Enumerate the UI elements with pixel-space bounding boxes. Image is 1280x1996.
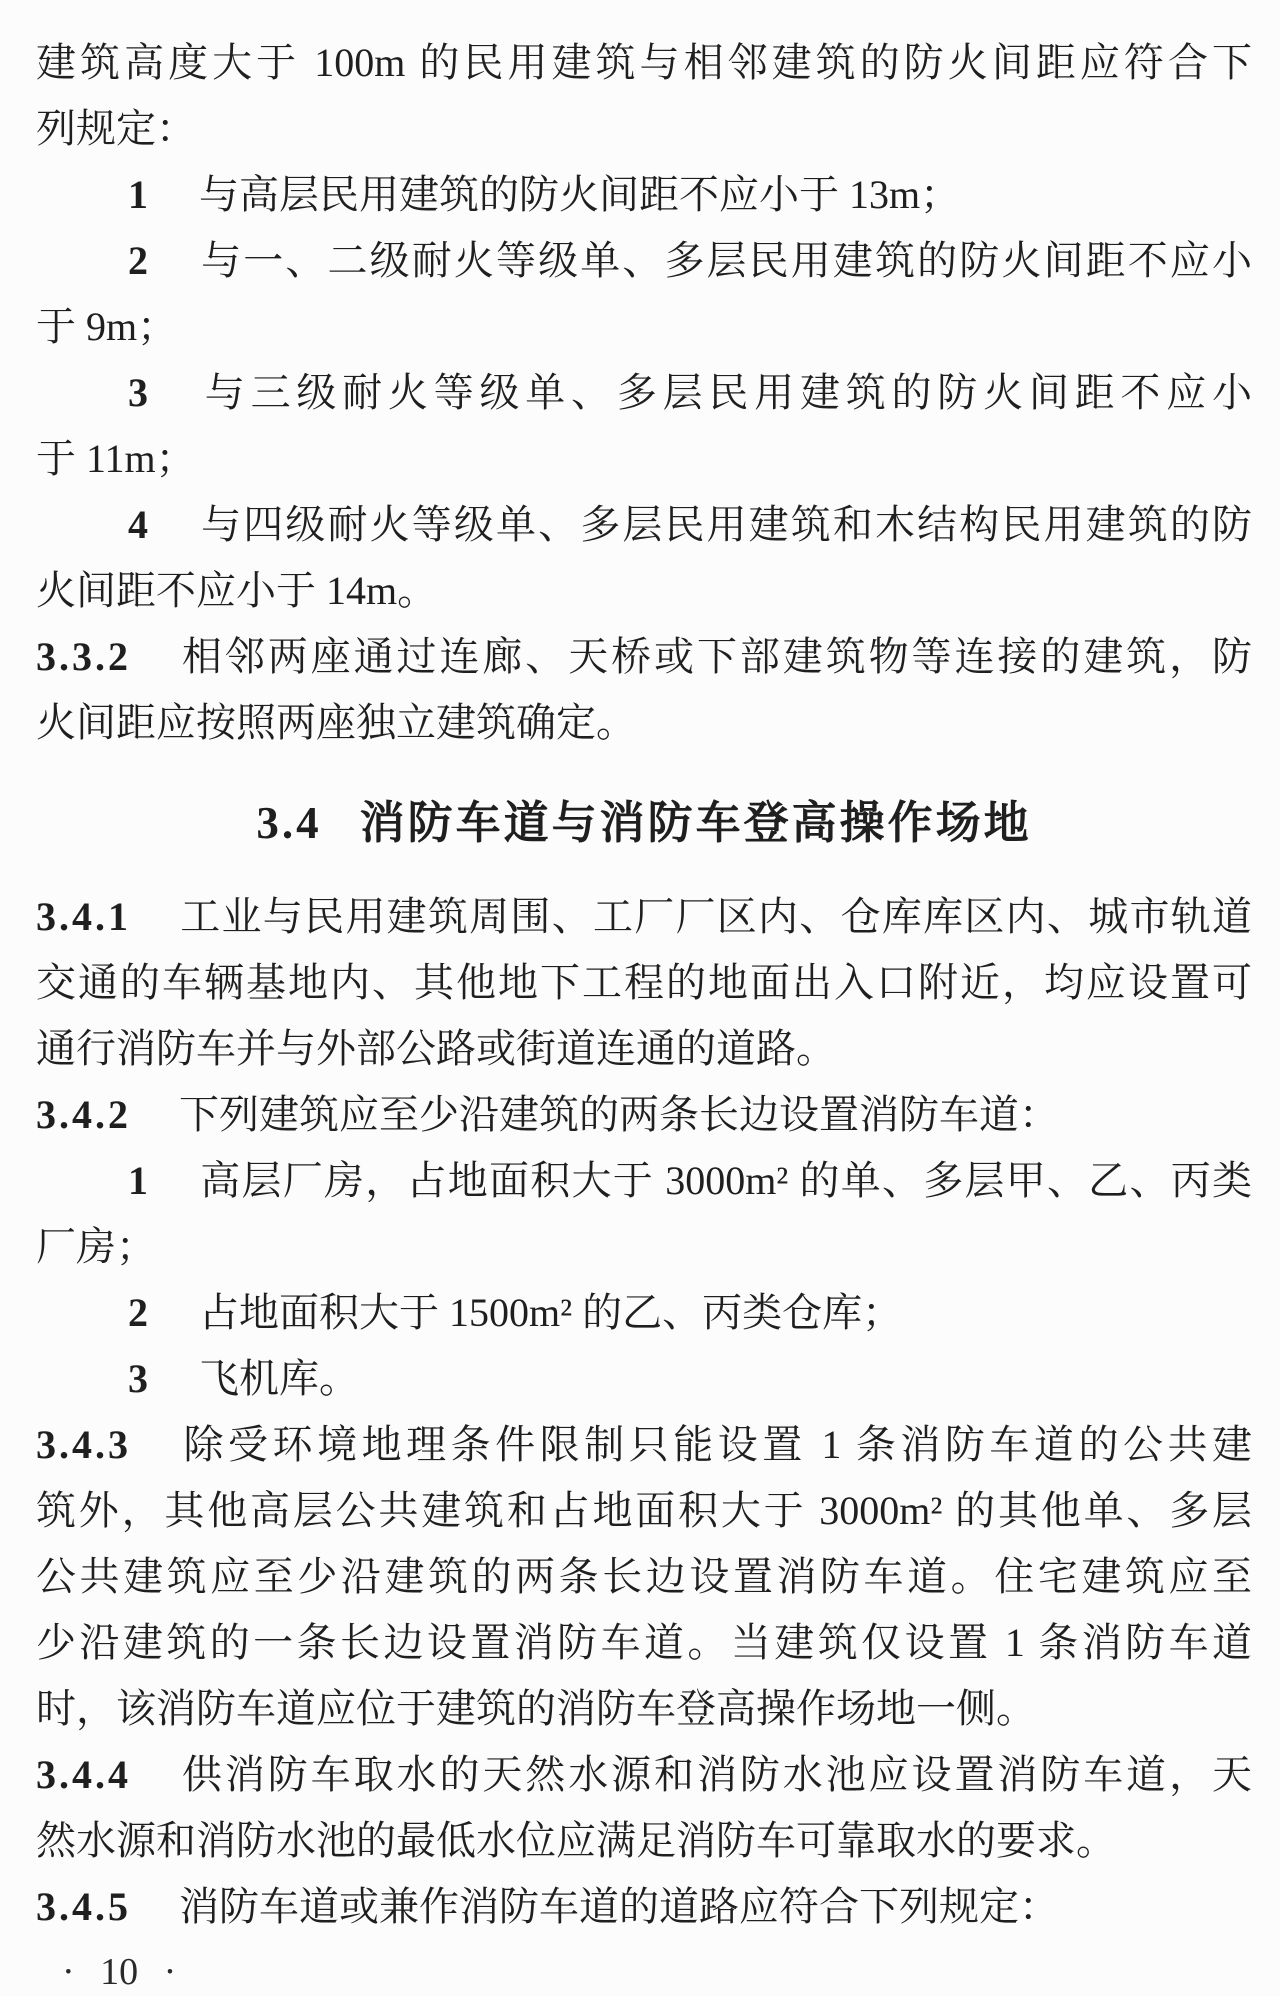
text-line: 1高层厂房，占地面积大于 3000m² 的单、多层甲、乙、丙类: [36, 1148, 1252, 1214]
text-line: 3.4.2下列建筑应至少沿建筑的两条长边设置消防车道：: [36, 1082, 1252, 1148]
line-text: 供消防车取水的天然水源和消防水池应设置消防车道，天: [179, 1752, 1252, 1797]
section-heading: 3.4消防车道与消防车登高操作场地: [36, 790, 1252, 856]
heading-number: 3.4: [256, 798, 321, 848]
line-text: 消防车道或兼作消防车道的道路应符合下列规定：: [179, 1884, 1059, 1929]
item-number: 1: [128, 172, 151, 217]
text-line: 火间距不应小于 14m。: [36, 558, 1252, 624]
text-line: 3.3.2相邻两座通过连廊、天桥或下部建筑物等连接的建筑，防: [36, 624, 1252, 690]
text-line: 交通的车辆基地内、其他地下工程的地面出入口附近，均应设置可: [36, 950, 1252, 1016]
text-line: 然水源和消防水池的最低水位应满足消防车可靠取水的要求。: [36, 1808, 1252, 1874]
item-number: 3: [128, 1356, 151, 1401]
line-text: 高层厂房，占地面积大于 3000m² 的单、多层甲、乙、丙类: [199, 1158, 1252, 1203]
text-line: 筑外，其他高层公共建筑和占地面积大于 3000m² 的其他单、多层: [36, 1478, 1252, 1544]
line-text: 工业与民用建筑周围、工厂厂区内、仓库库区内、城市轨道: [179, 894, 1252, 939]
line-text: 与四级耐火等级单、多层民用建筑和木结构民用建筑的防: [199, 502, 1252, 547]
text-line: 于 11m；: [36, 426, 1252, 492]
text-line: 通行消防车并与外部公路或街道连通的道路。: [36, 1016, 1252, 1082]
text-line: 3.4.4供消防车取水的天然水源和消防水池应设置消防车道，天: [36, 1742, 1252, 1808]
document-page: 建筑高度大于 100m 的民用建筑与相邻建筑的防火间距应符合下 列规定： 1与高…: [0, 0, 1280, 1996]
clause-number: 3.4.4: [36, 1752, 131, 1797]
clause-number: 3.4.2: [36, 1092, 131, 1137]
text-line: 3.4.5消防车道或兼作消防车道的道路应符合下列规定：: [36, 1874, 1252, 1940]
text-line: 3.4.3除受环境地理条件限制只能设置 1 条消防车道的公共建: [36, 1412, 1252, 1478]
text-line: 建筑高度大于 100m 的民用建筑与相邻建筑的防火间距应符合下: [36, 30, 1252, 96]
line-text: 飞机库。: [199, 1356, 359, 1401]
text-line: 公共建筑应至少沿建筑的两条长边设置消防车道。住宅建筑应至: [36, 1544, 1252, 1610]
text-line: 2与一、二级耐火等级单、多层民用建筑的防火间距不应小: [36, 228, 1252, 294]
line-text: 下列建筑应至少沿建筑的两条长边设置消防车道：: [179, 1092, 1059, 1137]
text-line: 2占地面积大于 1500m² 的乙、丙类仓库；: [36, 1280, 1252, 1346]
line-text: 与高层民用建筑的防火间距不应小于 13m；: [199, 172, 960, 217]
item-number: 4: [128, 502, 151, 547]
text-line: 少沿建筑的一条长边设置消防车道。当建筑仅设置 1 条消防车道: [36, 1610, 1252, 1676]
item-number: 2: [128, 1290, 151, 1335]
text-line: 3与三级耐火等级单、多层民用建筑的防火间距不应小: [36, 360, 1252, 426]
text-line: 1与高层民用建筑的防火间距不应小于 13m；: [36, 162, 1252, 228]
text-line: 3飞机库。: [36, 1346, 1252, 1412]
text-line: 4与四级耐火等级单、多层民用建筑和木结构民用建筑的防: [36, 492, 1252, 558]
text-line: 于 9m；: [36, 294, 1252, 360]
clause-number: 3.4.3: [36, 1422, 131, 1467]
line-text: 除受环境地理条件限制只能设置 1 条消防车道的公共建: [179, 1422, 1252, 1467]
clause-number: 3.4.1: [36, 894, 131, 939]
text-line: 列规定：: [36, 96, 1252, 162]
line-text: 与一、二级耐火等级单、多层民用建筑的防火间距不应小: [199, 238, 1252, 283]
line-text: 占地面积大于 1500m² 的乙、丙类仓库；: [199, 1290, 902, 1335]
page-number: · 10 ·: [36, 1944, 1252, 1996]
item-number: 1: [128, 1158, 151, 1203]
clause-number: 3.3.2: [36, 634, 131, 679]
text-line: 时，该消防车道应位于建筑的消防车登高操作场地一侧。: [36, 1676, 1252, 1742]
text-line: 火间距应按照两座独立建筑确定。: [36, 690, 1252, 756]
clause-number: 3.4.5: [36, 1884, 131, 1929]
item-number: 3: [128, 370, 151, 415]
line-text: 相邻两座通过连廊、天桥或下部建筑物等连接的建筑，防: [179, 634, 1252, 679]
heading-title: 消防车道与消防车登高操作场地: [360, 797, 1032, 848]
text-line: 3.4.1工业与民用建筑周围、工厂厂区内、仓库库区内、城市轨道: [36, 884, 1252, 950]
item-number: 2: [128, 238, 151, 283]
text-line: 厂房；: [36, 1214, 1252, 1280]
line-text: 与三级耐火等级单、多层民用建筑的防火间距不应小: [199, 370, 1252, 415]
